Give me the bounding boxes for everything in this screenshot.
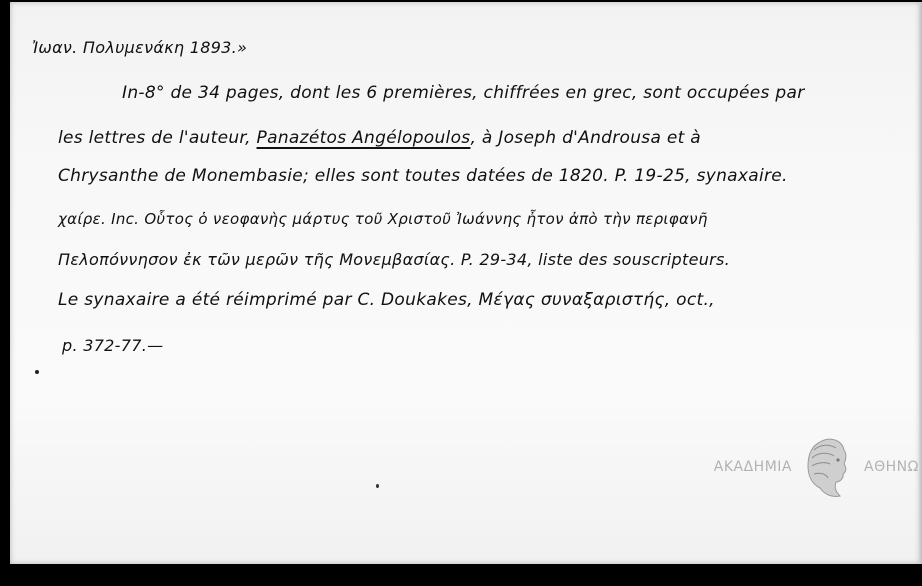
text-line-2-c: , à Joseph d'Androusa et à [470,128,701,148]
athena-head-icon [800,434,856,500]
index-card: Ἰωαν. Πολυμενάκη 1893.» In-8° de 34 page… [10,2,920,564]
text-line-3: Chrysanthe de Monembasie; elles sont tou… [58,166,788,186]
text-line-6: Le synaxaire a été réimprimé par C. Douk… [58,290,715,310]
watermark-right-text: ΑΘΗΝΩΝ [864,459,922,475]
text-line-5: Πελοπόννησον ἐκ τῶν μερῶν τῆς Μονεμβασία… [58,250,730,269]
text-line-2: les lettres de l'auteur, Panazétos Angél… [58,128,701,148]
ink-speck [376,484,379,488]
underlined-author-name: Panazétos Angélopoulos [257,128,471,148]
text-line-2-a: les lettres de l'auteur, [58,128,257,148]
text-line-1: In-8° de 34 pages, dont les 6 premières,… [122,83,805,103]
watermark-left-text: ΑΚΑΔΗΜΙΑ [700,459,792,475]
text-line-7: p. 372-77.— [62,336,163,355]
text-line-4: χαίρε. Inc. Οὗτος ὁ νεοφανὴς μάρτυς τοῦ … [58,210,708,228]
card-header: Ἰωαν. Πολυμενάκη 1893.» [32,38,247,57]
ink-dot [35,370,39,374]
academy-watermark: ΑΚΑΔΗΜΙΑ ΑΘΗΝΩΝ [700,434,922,500]
